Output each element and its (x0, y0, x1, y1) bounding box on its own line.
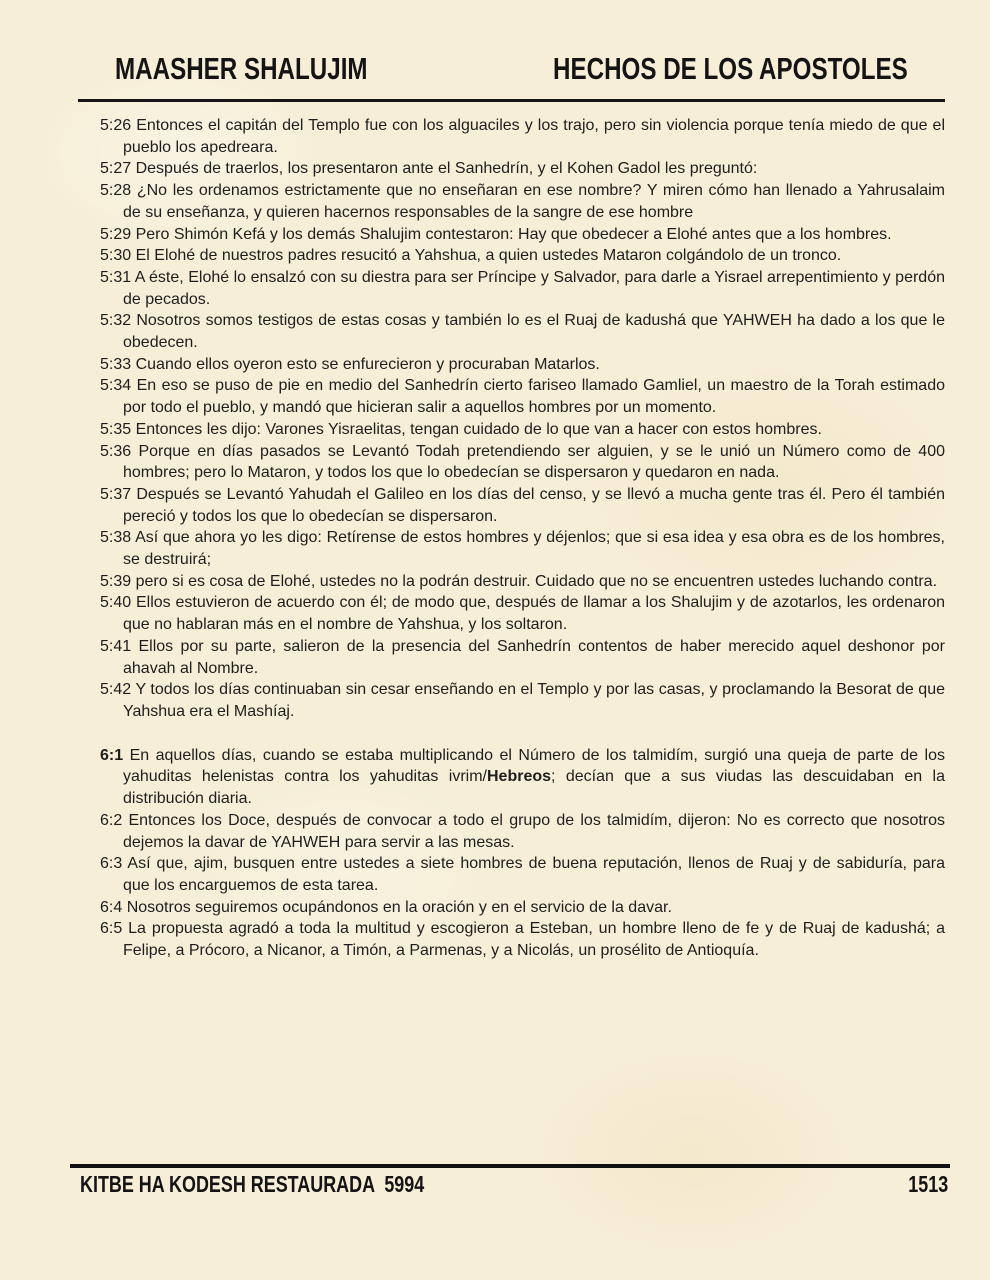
verse-text: A éste, Elohé lo ensalzó con su diestra … (123, 269, 945, 308)
verse-number: 5:29 (100, 226, 136, 243)
verse-number: 5:40 (100, 594, 136, 611)
verse-number: 6:3 (100, 855, 127, 872)
verse-number: 5:37 (100, 486, 136, 503)
verse-number: 5:36 (100, 443, 138, 460)
verse-5-37: 5:37 Después se Levantó Yahudah el Galil… (100, 484, 945, 527)
verse-5-36: 5:36 Porque en días pasados se Levantó T… (100, 441, 945, 484)
verse-number: 5:28 (100, 182, 137, 199)
running-head-right: HECHOS DE LOS APOSTOLES (553, 52, 908, 86)
verse-6-2: 6:2 Entonces los Doce, después de convoc… (100, 810, 945, 853)
page-number: 1513 (908, 1171, 948, 1197)
verse-text: Entonces el capitán del Templo fue con l… (123, 117, 945, 156)
page-header: MAASHER SHALUJIM HECHOS DE LOS APOSTOLES (115, 52, 908, 86)
verse-5-33: 5:33 Cuando ellos oyeron esto se enfurec… (100, 354, 945, 376)
verse-text: Después de traerlos, los presentaron ant… (136, 160, 758, 177)
page-footer: KITBE HA KODESH RESTAURADA 5994 1513 (80, 1171, 948, 1197)
verse-5-26: 5:26 Entonces el capitán del Templo fue … (100, 115, 945, 158)
verse-text: Nosotros seguiremos ocupándonos en la or… (127, 899, 672, 916)
verse-6-5: 6:5 La propuesta agradó a toda la multit… (100, 918, 945, 961)
verse-6-1: 6:1 En aquellos días, cuando se estaba m… (100, 745, 945, 810)
verse-text: Entonces los Doce, después de convocar a… (123, 812, 945, 851)
verse-5-27: 5:27 Después de traerlos, los presentaro… (100, 158, 945, 180)
verse-text: Nosotros somos testigos de estas cosas y… (123, 312, 945, 351)
verse-number: 5:35 (100, 421, 136, 438)
verse-number: 5:38 (100, 529, 135, 546)
verse-5-34: 5:34 En eso se puso de pie en medio del … (100, 375, 945, 418)
verse-number: 5:34 (100, 377, 137, 394)
verse-text: Pero Shimón Kefá y los demás Shalujim co… (136, 226, 892, 243)
verse-text: Y todos los días continuaban sin cesar e… (123, 681, 945, 720)
verse-number: 5:30 (100, 247, 136, 264)
verse-number: 5:33 (100, 356, 136, 373)
verse-6-4: 6:4 Nosotros seguiremos ocupándonos en l… (100, 897, 945, 919)
verse-5-29: 5:29 Pero Shimón Kefá y los demás Shaluj… (100, 224, 945, 246)
verse-number: 6:4 (100, 899, 127, 916)
verse-number: 6:5 (100, 920, 128, 937)
verse-5-38: 5:38 Así que ahora yo les digo: Retírens… (100, 527, 945, 570)
verse-text: pero si es cosa de Elohé, ustedes no la … (136, 573, 937, 590)
verse-5-32: 5:32 Nosotros somos testigos de estas co… (100, 310, 945, 353)
verse-5-30: 5:30 El Elohé de nuestros padres resucit… (100, 245, 945, 267)
verse-5-40: 5:40 Ellos estuvieron de acuerdo con él;… (100, 592, 945, 635)
verse-number: 5:32 (100, 312, 136, 329)
running-head-left: MAASHER SHALUJIM (115, 52, 368, 86)
verse-number: 5:26 (100, 117, 136, 134)
verse-5-42: 5:42 Y todos los días continuaban sin ce… (100, 679, 945, 722)
footer-divider (70, 1164, 950, 1168)
verse-text: Así que, ajim, busquen entre ustedes a s… (123, 855, 945, 894)
verse-text: El Elohé de nuestros padres resucitó a Y… (136, 247, 842, 264)
verse-text: Cuando ellos oyeron esto se enfurecieron… (136, 356, 600, 373)
verse-text: Ellos por su parte, salieron de la prese… (123, 638, 945, 677)
verse-text: Porque en días pasados se Levantó Todah … (123, 443, 945, 482)
verse-5-41: 5:41 Ellos por su parte, salieron de la … (100, 636, 945, 679)
verse-number: 5:42 (100, 681, 135, 698)
verse-5-39: 5:39 pero si es cosa de Elohé, ustedes n… (100, 571, 945, 593)
verses: 5:26 Entonces el capitán del Templo fue … (100, 115, 945, 962)
verse-text: Entonces les dijo: Varones Yisraelitas, … (136, 421, 822, 438)
verse-text: La propuesta agradó a toda la multitud y… (123, 920, 945, 959)
verse-5-28: 5:28 ¿No les ordenamos estrictamente que… (100, 180, 945, 223)
verse-number: 5:27 (100, 160, 136, 177)
verse-5-35: 5:35 Entonces les dijo: Varones Yisraeli… (100, 419, 945, 441)
verse-number: 5:31 (100, 269, 135, 286)
header-divider (78, 99, 945, 102)
verse-number: 6:1 (100, 747, 130, 764)
verse-text: En eso se puso de pie en medio del Sanhe… (123, 377, 945, 416)
scanned-page: MAASHER SHALUJIM HECHOS DE LOS APOSTOLES… (0, 0, 990, 1280)
verse-5-31: 5:31 A éste, Elohé lo ensalzó con su die… (100, 267, 945, 310)
footer-book-title: KITBE HA KODESH RESTAURADA 5994 (80, 1171, 424, 1197)
verse-text: Así que ahora yo les digo: Retírense de … (123, 529, 945, 568)
verse-6-3: 6:3 Así que, ajim, busquen entre ustedes… (100, 853, 945, 896)
verse-number: 5:39 (100, 573, 136, 590)
verse-text: ¿No les ordenamos estrictamente que no e… (123, 182, 945, 221)
verse-text: Después se Levantó Yahudah el Galileo en… (123, 486, 945, 525)
verse-number: 5:41 (100, 638, 138, 655)
verse-text: Ellos estuvieron de acuerdo con él; de m… (123, 594, 945, 633)
verse-number: 6:2 (100, 812, 128, 829)
verse-text-bold: Hebreos (487, 768, 551, 785)
